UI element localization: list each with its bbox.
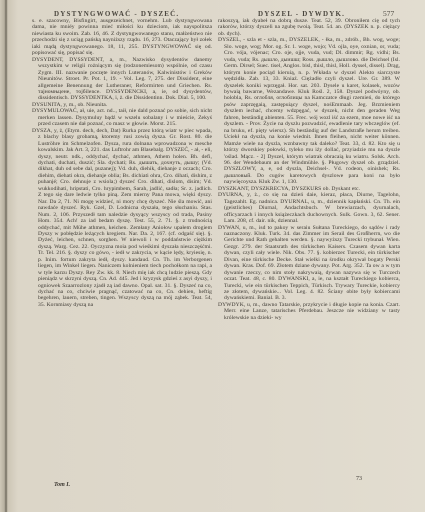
dictionary-entry: DYSZEL, - szla et - szla, m., DYSZELEK, … — [218, 37, 400, 185]
dictionary-page: DYSTYNGWOWAĆ - DYSZEĆ. DYSZEL - DYWDYK. … — [0, 0, 425, 512]
volume-label: Tom I. — [54, 482, 70, 488]
page-number: 577 — [383, 9, 394, 18]
dictionary-entry: DYURNA, y, ż., co się na dzień daie, kie… — [218, 192, 400, 224]
signature-mark: 73 — [356, 476, 362, 482]
dictionary-entry: DYSZA, y, ż, (Etym. dech, dech, Dat) Rur… — [32, 128, 212, 309]
dictionary-entry: DYSYMULOWAĆ, ał, uie, act. nd.., taił, n… — [32, 108, 212, 127]
dictionary-entry: rakoszyą, iak dyabeł na dobrą dusze. Tea… — [218, 18, 400, 37]
right-column: rakoszyą, iak dyabeł na dobrą dusze. Tea… — [218, 18, 400, 321]
dictionary-entry: s. e. szacowny, Bisfingirt, ausgezeichne… — [32, 18, 212, 57]
left-column: s. e. szacowny, Bisfingirt, ausgezeichne… — [32, 18, 212, 308]
dictionary-entry: DYWAN, u, m., isd to pakoy w seraiu Sułt… — [218, 225, 400, 302]
running-head-right: DYSZEL - DYWDYK. — [258, 10, 345, 18]
running-head-left: DYSTYNGWOWAĆ - DYSZEĆ. — [54, 10, 179, 18]
dictionary-entry: DYSYDENT, DYSSYDENT, a, m., Nazwisko dys… — [32, 57, 212, 102]
dictionary-entry: DYWDYK, u, m., dawno Tatarskie, przykryc… — [218, 302, 400, 321]
book-binding-edge — [5, 0, 7, 512]
